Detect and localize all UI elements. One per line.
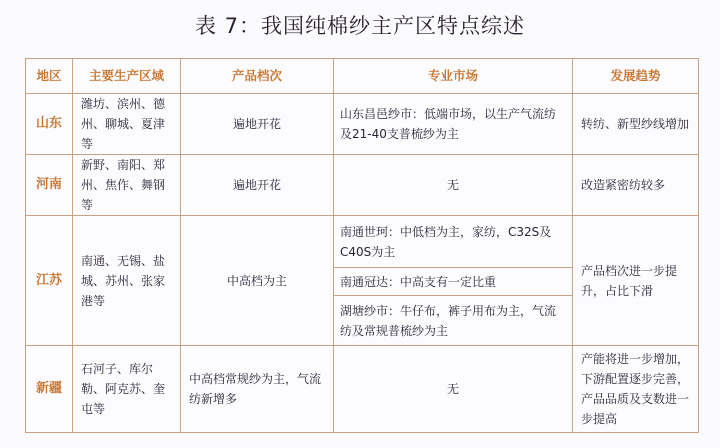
areas-cell: 潍坊、滨州、德州、聊城、夏津等 [73,94,181,155]
header-markets: 专业市场 [334,59,573,94]
cotton-yarn-regions-table: 地区 主要生产区域 产品档次 专业市场 发展趋势 山东 潍坊、滨州、德州、聊城、… [25,58,699,433]
region-cell: 新疆 [26,346,73,433]
region-cell: 山东 [26,94,73,155]
table-row: 山东 潍坊、滨州、德州、聊城、夏津等 遍地开花 山东昌邑纱市：低端市场，以生产气… [26,94,699,155]
table-row: 新疆 石河子、库尔勒、阿克苏、奎屯等 中高档常规纱为主，气流纺新增多 无 产能将… [26,346,699,433]
grade-cell: 遍地开花 [181,155,334,216]
market-cell: 南通世珂：中低档为主，家纺，C32S及C40S为主 [334,216,573,268]
areas-cell: 南通、无锡、盐城、苏州、张家港等 [73,216,181,346]
market-cell: 无 [334,155,573,216]
market-cell: 无 [334,346,573,433]
header-trend: 发展趋势 [573,59,699,94]
table-row: 河南 新野、南阳、郑州、焦作、舞钢等 遍地开花 无 改造紧密纺较多 [26,155,699,216]
areas-cell: 石河子、库尔勒、阿克苏、奎屯等 [73,346,181,433]
trend-cell: 改造紧密纺较多 [573,155,699,216]
trend-cell: 产品档次进一步提升，占比下滑 [573,216,699,346]
market-cell: 山东昌邑纱市：低端市场，以生产气流纺及21-40支普梳纱为主 [334,94,573,155]
header-row: 地区 主要生产区域 产品档次 专业市场 发展趋势 [26,59,699,94]
table-row: 江苏 南通、无锡、盐城、苏州、张家港等 中高档为主 南通世珂：中低档为主，家纺，… [26,216,699,268]
market-cell: 湖塘纱市：牛仔布，裤子用布为主，气流纺及常规普梳纱为主 [334,296,573,346]
header-grade: 产品档次 [181,59,334,94]
table-title: 表 7：我国纯棉纱主产区特点综述 [0,10,720,40]
region-cell: 江苏 [26,216,73,346]
grade-cell: 中高档为主 [181,216,334,346]
grade-cell: 遍地开花 [181,94,334,155]
trend-cell: 产能将进一步增加，下游配置逐步完善，产品品质及支数进一步提高 [573,346,699,433]
header-areas: 主要生产区域 [73,59,181,94]
grade-cell: 中高档常规纱为主，气流纺新增多 [181,346,334,433]
region-cell: 河南 [26,155,73,216]
header-region: 地区 [26,59,73,94]
market-cell: 南通冠达：中高支有一定比重 [334,268,573,296]
areas-cell: 新野、南阳、郑州、焦作、舞钢等 [73,155,181,216]
trend-cell: 转纺、新型纱线增加 [573,94,699,155]
